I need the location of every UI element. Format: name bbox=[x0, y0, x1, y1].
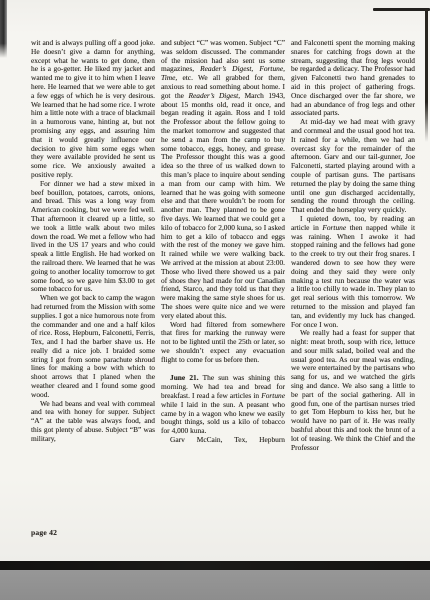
text-column: and Falconetti spent the morning making … bbox=[291, 39, 415, 452]
scan-edge-band bbox=[0, 561, 430, 570]
paragraph: wit and is always pulling off a good jok… bbox=[31, 39, 155, 180]
page-number: page 42 bbox=[31, 528, 57, 537]
text-segment: Fortune bbox=[322, 223, 346, 232]
page-edge-line-top bbox=[373, 8, 430, 11]
binding-shadow-mark bbox=[0, 0, 7, 58]
paragraph: I quieted down, too, by reading an artic… bbox=[291, 215, 415, 329]
paragraph: Word had filtered from somewhere that fi… bbox=[161, 321, 285, 365]
text-segment: March 1943, about 15 months old, read it… bbox=[161, 91, 285, 320]
text-segment: Garv McCain, Tex, Hepburn bbox=[170, 435, 285, 444]
text-segment: For dinner we had a stew mixed in beef b… bbox=[31, 179, 155, 294]
paragraph: We had beans and veal with cornmeal and … bbox=[31, 400, 155, 444]
text-segment: When we got back to camp the wagon had r… bbox=[31, 293, 155, 399]
page-edge-line-right bbox=[425, 9, 428, 142]
paragraph: When we got back to camp the wagon had r… bbox=[31, 294, 155, 400]
scanner-background bbox=[0, 570, 430, 600]
paragraph: Garv McCain, Tex, Hepburn bbox=[161, 436, 285, 445]
text-segment: then napped while it was raining. When I… bbox=[291, 223, 415, 329]
text-body: wit and is always pulling off a good jok… bbox=[31, 39, 415, 519]
paragraph: and Falconetti spent the morning making … bbox=[291, 39, 415, 118]
text-column: and subject “C” was women. Subject “C” w… bbox=[161, 39, 285, 445]
text-segment: Reader’s Digest, bbox=[188, 91, 240, 100]
paragraph: For dinner we had a stew mixed in beef b… bbox=[31, 180, 155, 294]
text-segment: while I laid in the sun. A peasant who c… bbox=[161, 400, 285, 435]
text-column: wit and is always pulling off a good jok… bbox=[31, 39, 155, 444]
text-segment: June 21. bbox=[170, 373, 199, 382]
text-segment: At mid-day we had meat with gravy and co… bbox=[291, 117, 415, 214]
paragraph: June 21. The sun was shining this mornin… bbox=[161, 374, 285, 436]
text-segment: Word had filtered from somewhere that fi… bbox=[161, 320, 285, 364]
scanned-page: wit and is always pulling off a good jok… bbox=[0, 0, 430, 600]
text-segment: and Falconetti spent the morning making … bbox=[291, 38, 415, 117]
text-segment: Fortune bbox=[261, 391, 285, 400]
text-segment: wit and is always pulling off a good jok… bbox=[31, 38, 155, 179]
text-segment: We had beans and veal with cornmeal and … bbox=[31, 399, 155, 443]
page-surface: wit and is always pulling off a good jok… bbox=[0, 0, 430, 562]
paragraph: and subject “C” was women. Subject “C” w… bbox=[161, 39, 285, 321]
paragraph: At mid-day we had meat with gravy and co… bbox=[291, 118, 415, 215]
paragraph: We really had a feast for supper that ni… bbox=[291, 329, 415, 452]
text-segment: We really had a feast for supper that ni… bbox=[291, 328, 415, 451]
